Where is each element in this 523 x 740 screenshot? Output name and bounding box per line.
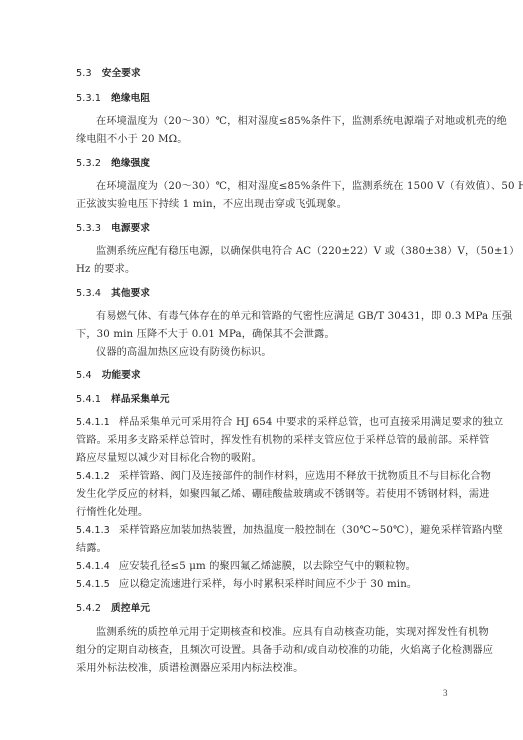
- paragraph-line: 监测系统应配有稳压电源，以确保供电符合 AC（220±22）V 或（380±38…: [76, 245, 452, 259]
- paragraph-line: 下，30 min 压降不大于 0.01 MPa，确保其不会泄露。: [76, 328, 452, 342]
- paragraph-line: 发生化学反应的材料，如聚四氟乙烯、硼硅酸盐玻璃或不锈钢等。若使用不锈钢材料，需进: [76, 488, 452, 502]
- paragraph-line: 在环境温度为（20～30）℃，相对湿度≤85%条件下，监测系统电源端子对地或机壳…: [76, 115, 452, 129]
- heading-5-3-4: 5.3.4其他要求: [76, 287, 452, 301]
- clause-5-4-1-1: 5.4.1.1样品采集单元可采用符合 HJ 654 中要求的采样总管，也可直接采…: [76, 416, 452, 430]
- clause-5-4-1-3: 5.4.1.3采样管路应加装加热装置，加热温度一般控制在（30℃~50℃），避免…: [76, 524, 452, 538]
- paragraph-line: 路应尽量短以减少对目标化合物的吸附。: [76, 452, 452, 466]
- paragraph-line: Hz 的要求。: [76, 263, 452, 277]
- heading-5-3: 5.3安全要求: [76, 67, 452, 81]
- clause-5-4-1-2: 5.4.1.2采样管路、阀门及连接部件的制作材料，应选用不释放干扰物质且不与目标…: [76, 470, 452, 484]
- paragraph-line: 正弦波实验电压下持续 1 min，不应出现击穿或飞弧现象。: [76, 198, 452, 212]
- paragraph-line: 缘电阻不小于 20 MΩ。: [76, 133, 452, 147]
- paragraph-line: 有易燃气体、有毒气体存在的单元和管路的气密性应满足 GB/T 30431，即 0…: [76, 310, 452, 324]
- heading-5-4-1: 5.4.1样品采集单元: [76, 393, 452, 407]
- paragraph-line: 监测系统的质控单元用于定期核查和校准。应具有自动核查功能，实现对挥发性有机物: [76, 626, 452, 640]
- paragraph-line: 结露。: [76, 542, 452, 556]
- page-number: 3: [443, 688, 448, 698]
- paragraph-line: 行惰性化处理。: [76, 506, 452, 520]
- paragraph-line: 仪器的高温加热区应设有防烫伤标识。: [76, 346, 452, 360]
- paragraph-line: 采用外标法校准，质谱检测器应采用内标法校准。: [76, 662, 452, 676]
- heading-5-3-3: 5.3.3电源要求: [76, 222, 452, 236]
- heading-5-3-2: 5.3.2绝缘强度: [76, 157, 452, 171]
- heading-5-3-1: 5.3.1绝缘电阻: [76, 92, 452, 106]
- clause-5-4-1-4: 5.4.1.4应安装孔径≤5 μm 的聚四氟乙烯滤膜，以去除空气中的颗粒物。: [76, 560, 452, 574]
- heading-5-4: 5.4功能要求: [76, 369, 452, 383]
- clause-5-4-1-5: 5.4.1.5应以稳定流速进行采样，每小时累积采样时间应不少于 30 min。: [76, 578, 452, 592]
- paragraph-line: 管路。采用多支路采样总管时，挥发性有机物的采样支管应位于采样总管的最前部。采样管: [76, 434, 452, 448]
- paragraph-line: 在环境温度为（20～30）℃，相对湿度≤85%条件下，监测系统在 1500 V（…: [76, 180, 452, 194]
- document-page: 5.3安全要求 5.3.1绝缘电阻 在环境温度为（20～30）℃，相对湿度≤85…: [0, 0, 523, 740]
- paragraph-line: 组分的定期自动核查，且频次可设置。具备手动和/或自动校准的功能，火焰离子化检测器…: [76, 644, 452, 658]
- heading-5-4-2: 5.4.2质控单元: [76, 602, 452, 616]
